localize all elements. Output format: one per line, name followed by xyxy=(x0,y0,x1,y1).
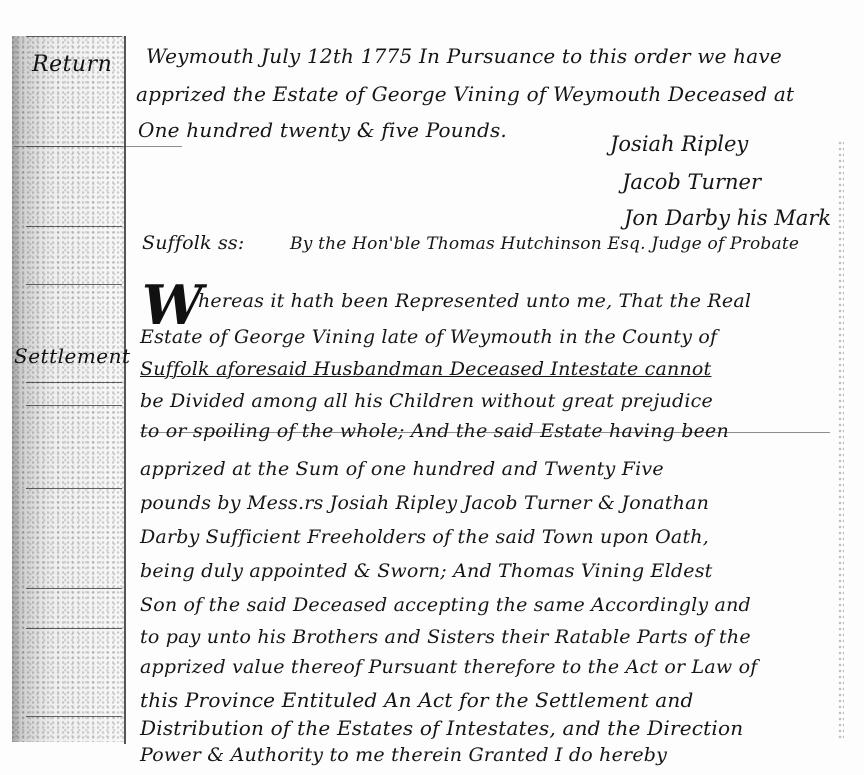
settlement-line-11: to pay unto his Brothers and Sisters the… xyxy=(140,626,751,648)
margin-label-settlement: Settlement xyxy=(14,344,131,368)
signature-jon-darby: Jon Darby his Mark xyxy=(624,206,831,230)
return-line-3: One hundred twenty & five Pounds. xyxy=(138,118,507,142)
margin-rule xyxy=(26,226,122,227)
margin-rule xyxy=(26,405,122,406)
signature-jacob-turner: Jacob Turner xyxy=(622,170,761,194)
document-page: Return Settlement Weymouth July 12th 177… xyxy=(0,0,864,775)
settlement-line-1: hereas it hath been Represented unto me,… xyxy=(198,290,751,312)
signature-josiah-ripley: Josiah Ripley xyxy=(610,132,748,156)
county-heading: Suffolk ss: xyxy=(142,232,245,254)
margin-rule xyxy=(26,588,122,589)
settlement-line-3: Suffolk aforesaid Husbandman Deceased In… xyxy=(140,358,711,380)
settlement-line-7: pounds by Mess.rs Josiah Ripley Jacob Tu… xyxy=(140,492,709,514)
settlement-line-6: apprized at the Sum of one hundred and T… xyxy=(140,458,664,480)
margin-label-return: Return xyxy=(32,52,112,77)
settlement-line-8: Darby Sufficient Freeholders of the said… xyxy=(140,526,709,548)
return-line-1: Weymouth July 12th 1775 In Pursuance to … xyxy=(146,44,782,68)
right-edge-noise xyxy=(838,140,844,740)
judge-authority-line: By the Hon'ble Thomas Hutchinson Esq. Ju… xyxy=(290,234,799,254)
settlement-line-13: this Province Entituled An Act for the S… xyxy=(140,688,694,712)
settlement-line-10: Son of the said Deceased accepting the s… xyxy=(140,594,751,616)
settlement-line-2: Estate of George Vining late of Weymouth… xyxy=(140,326,717,348)
section-rule xyxy=(14,146,182,147)
settlement-line-9: being duly appointed & Sworn; And Thomas… xyxy=(140,560,713,582)
settlement-line-12: apprized value thereof Pursuant therefor… xyxy=(140,656,757,678)
margin-rule xyxy=(26,628,122,629)
left-margin-column xyxy=(12,36,124,742)
margin-rule xyxy=(26,36,122,37)
margin-rule xyxy=(26,284,122,285)
settlement-line-5: to or spoiling of the whole; And the sai… xyxy=(140,420,729,442)
settlement-line-14: Distribution of the Estates of Intestate… xyxy=(140,716,743,740)
return-line-2: apprized the Estate of George Vining of … xyxy=(136,82,794,106)
margin-divider-line xyxy=(124,36,126,744)
settlement-line-4: be Divided among all his Children withou… xyxy=(140,390,713,412)
margin-rule xyxy=(26,382,122,383)
margin-rule xyxy=(26,488,122,489)
settlement-line-15: Power & Authority to me therein Granted … xyxy=(140,744,667,766)
drop-cap-w: W xyxy=(142,278,203,332)
margin-rule xyxy=(26,716,122,717)
